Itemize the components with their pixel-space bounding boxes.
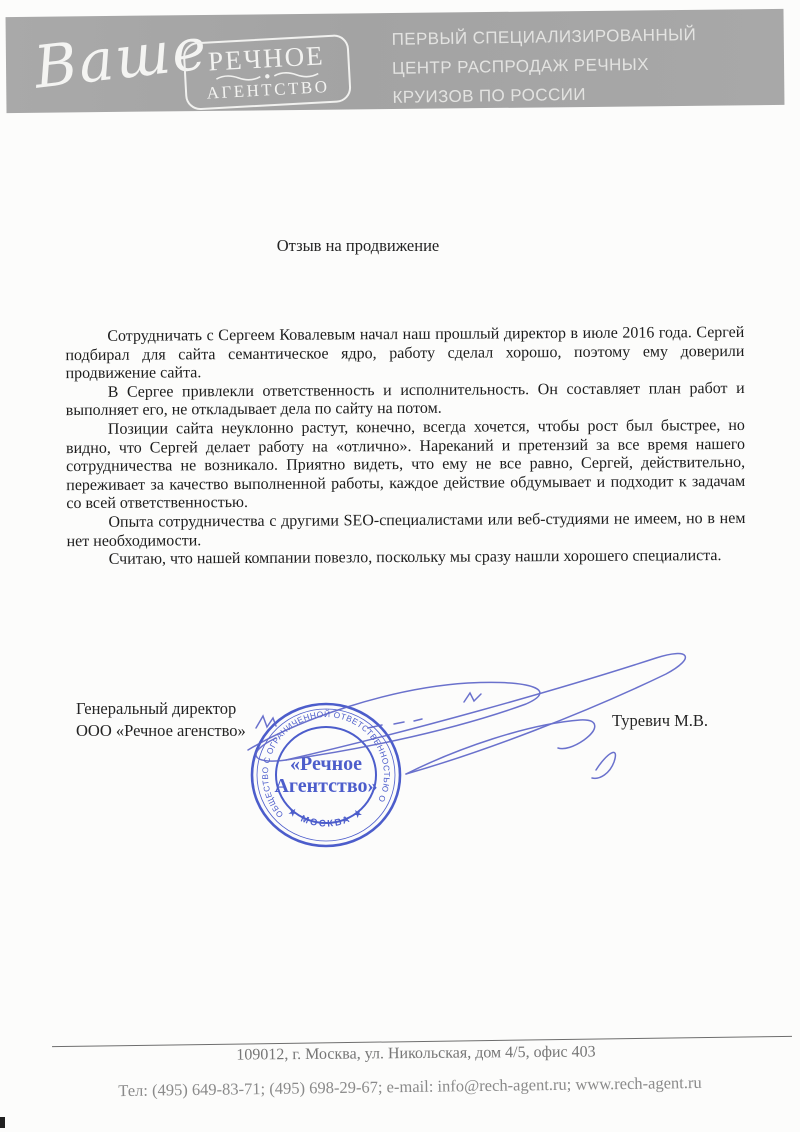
paragraph: Считаю, что нашей компании повезло, поск… bbox=[67, 547, 746, 570]
tagline-line: ПЕРВЫЙ СПЕЦИАЛИЗИРОВАННЫЙ bbox=[391, 20, 696, 54]
header-banner: Ваше РЕЧНОЕ АГЕНТСТВО ПЕРВЫЙ СПЕЦИАЛИЗИР… bbox=[6, 9, 785, 113]
scan-edge-artifact bbox=[0, 1117, 5, 1128]
brand-logo-box: РЕЧНОЕ АГЕНТСТВО bbox=[182, 34, 351, 111]
document-body: Сотрудничать с Сергеем Ковалевым начал н… bbox=[65, 324, 745, 570]
paragraph: В Сергее привлекли ответственность и исп… bbox=[66, 380, 745, 421]
handwritten-signature bbox=[228, 628, 710, 818]
signatory-company-line: ООО «Речное агенство» bbox=[76, 720, 246, 742]
paragraph: Опыта сотрудничества с другими SEO-специ… bbox=[66, 510, 745, 551]
document-title: Отзыв на продвижение bbox=[0, 236, 716, 256]
tagline-line: КРУИЗОВ ПО РОССИИ bbox=[392, 78, 697, 112]
header-tagline: ПЕРВЫЙ СПЕЦИАЛИЗИРОВАННЫЙ ЦЕНТР РАСПРОДА… bbox=[391, 20, 697, 112]
signatory-title-block: Генеральный директор ООО «Речное агенств… bbox=[76, 698, 246, 741]
footer-contacts: Тел: (495) 649-83-71; (495) 698-29-67; e… bbox=[20, 1072, 800, 1103]
signatory-title-line: Генеральный директор bbox=[76, 698, 246, 720]
scanned-letter-page: Ваше РЕЧНОЕ АГЕНТСТВО ПЕРВЫЙ СПЕЦИАЛИЗИР… bbox=[0, 0, 800, 1132]
paragraph: Сотрудничать с Сергеем Ковалевым начал н… bbox=[65, 324, 744, 384]
brand-name-line2: АГЕНТСТВО bbox=[206, 78, 330, 103]
paragraph: Позиции сайта неуклонно растут, конечно,… bbox=[66, 417, 746, 514]
